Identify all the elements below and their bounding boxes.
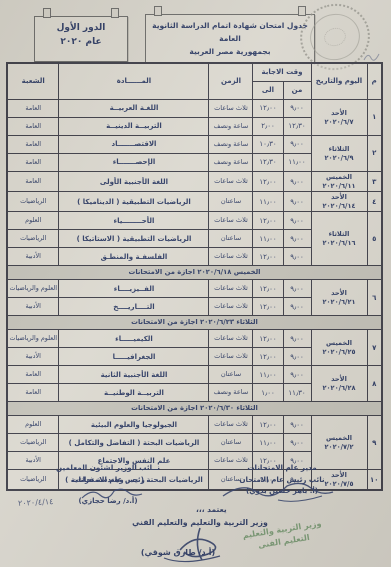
- branch: العامة: [7, 154, 59, 172]
- document-title-box: جدول امتحان شهادة اتمام الدراسة الثانوية…: [145, 14, 315, 63]
- subject: اللغـة العربيــة: [59, 100, 209, 118]
- holiday-text: الثلاثاء ٢٠٢٠/٦/٢٣ اجازة من الامتحانات: [7, 316, 382, 330]
- row-num: ٥: [367, 212, 382, 266]
- time-from: ١١٫٣٠: [283, 384, 311, 402]
- row-num: ٩: [367, 416, 382, 470]
- subject: اللغة الأجنبية الثانية: [59, 366, 209, 384]
- duration: ساعتان: [209, 366, 253, 384]
- branch: الأدبية: [7, 248, 59, 266]
- day-name: الأحد: [331, 109, 347, 117]
- time-to: ٢٫٠٠: [253, 118, 283, 136]
- time-to: ١١٫٠٠: [253, 366, 283, 384]
- time-to: ١١٫٠٠: [253, 192, 283, 212]
- col-header-answer-time: وقت الاجابة: [253, 63, 311, 82]
- branch: العلوم: [7, 212, 59, 230]
- duration: ثلاث ساعات: [209, 212, 253, 230]
- round-line2: عام ٢٠٢٠: [35, 35, 127, 49]
- table-row: ١ الأحد ٢٠٢٠/٦/٧ ٩٫٠٠ ١٢٫٠٠ ثلاث ساعات ا…: [7, 100, 382, 118]
- title-line: مدير عام الامتحانات: [222, 462, 342, 474]
- time-from: ٩٫٠٠: [283, 348, 311, 366]
- time-from: ٩٫٠٠: [283, 416, 311, 434]
- branch: العامة: [7, 172, 59, 192]
- day-date: ٢٠٢٠/٦/٩: [325, 154, 354, 162]
- day-name: الثلاثاء: [329, 145, 350, 153]
- row-num: ٣: [367, 172, 382, 192]
- branch: الرياضيات: [7, 230, 59, 248]
- row-day: الخميس ٢٠٢٠/٦/١١: [311, 172, 367, 192]
- page-subtitle: بجمهورية مصر العربية: [150, 46, 310, 59]
- table-row: ٩ الخميس ٢٠٢٠/٧/٢ ٩٫٠٠ ١٢٫٠٠ ثلاث ساعات …: [7, 416, 382, 434]
- table-row: ٤ الأحد ٢٠٢٠/٦/١٤ ٩٫٠٠ ١١٫٠٠ ساعتان الري…: [7, 192, 382, 212]
- minister-name: (أ.د/ طارق شوقي): [118, 548, 238, 557]
- time-from: ٩٫٠٠: [283, 434, 311, 452]
- time-to: ١٢٫٠٠: [253, 248, 283, 266]
- time-to: ١٢٫٠٠: [253, 172, 283, 192]
- subject: الفلسفـة والمنطـق: [59, 248, 209, 266]
- subject: الكيميـــــاء: [59, 330, 209, 348]
- duration: ساعة ونصف: [209, 136, 253, 154]
- duration: ساعة ونصف: [209, 118, 253, 136]
- round-line1: الدور الأول: [35, 21, 127, 35]
- col-header-to: الى: [253, 82, 283, 100]
- branch: العلوم والرياضيات: [7, 330, 59, 348]
- row-day: الأحد ٢٠٢٠/٦/٧: [311, 100, 367, 136]
- time-from: ٩٫٠٠: [283, 280, 311, 298]
- table-row: ٨ الأحد ٢٠٢٠/٦/٢٨ ٩٫٠٠ ١١٫٠٠ ساعتان اللغ…: [7, 366, 382, 384]
- table-row: ٣ الخميس ٢٠٢٠/٦/١١ ٩٫٠٠ ١٢٫٠٠ ثلاث ساعات…: [7, 172, 382, 192]
- row-num: ٦: [367, 280, 382, 316]
- time-from: ٩٫٠٠: [283, 192, 311, 212]
- time-from: ٩٫٠٠: [283, 212, 311, 230]
- col-header-num: م: [367, 63, 382, 100]
- duration: ثلاث ساعات: [209, 100, 253, 118]
- day-date: ٢٠٢٠/٧/٢: [325, 443, 354, 451]
- subject: التربيــة الوطنيــة: [59, 384, 209, 402]
- duration: ساعتان: [209, 192, 253, 212]
- duration: ثلاث ساعات: [209, 298, 253, 316]
- day-name: الأحد: [331, 193, 347, 201]
- day-name: الثلاثاء: [329, 230, 350, 238]
- row-day: الثلاثاء ٢٠٢٠/٦/٩: [311, 136, 367, 172]
- time-to: ١٢٫٠٠: [253, 280, 283, 298]
- time-from: ١١٫٠٠: [283, 154, 311, 172]
- day-date: ٢٠٢٠/٦/٢١: [323, 298, 356, 306]
- duration: ساعة ونصف: [209, 154, 253, 172]
- table-row: ٥ الثلاثاء ٢٠٢٠/٦/١٦ ٩٫٠٠ ١٢٫٠٠ ثلاث ساع…: [7, 212, 382, 230]
- time-to: ١٢٫٠٠: [253, 298, 283, 316]
- day-date: ٢٠٢٠/٦/١١: [323, 182, 356, 190]
- time-from: ٩٫٠٠: [283, 100, 311, 118]
- branch: العامة: [7, 384, 59, 402]
- time-to: ١٢٫٠٠: [253, 100, 283, 118]
- row-day: الثلاثاء ٢٠٢٠/٦/١٦: [311, 212, 367, 266]
- table-row: ٢ الثلاثاء ٢٠٢٠/٦/٩ ٩٫٠٠ ١٠٫٣٠ ساعة ونصف…: [7, 136, 382, 154]
- col-header-day: اليوم والتاريخ: [311, 63, 367, 100]
- holiday-row: الثلاثاء ٢٠٢٠/٦/٢٣ اجازة من الامتحانات: [7, 316, 382, 330]
- handwritten-date: ٢٠٢٠/٤/١٤: [18, 497, 54, 508]
- duration: ساعتان: [209, 434, 253, 452]
- time-from: ٩٫٠٠: [283, 330, 311, 348]
- title-line: نــائب الوزير لشئون المعلمين: [48, 462, 168, 474]
- holiday-row: الخميس ٢٠٢٠/٦/١٨ اجازة من الامتحانات: [7, 266, 382, 280]
- row-num: ١٠: [367, 470, 382, 491]
- branch: الأدبية: [7, 348, 59, 366]
- table-row: ٧ الخميس ٢٠٢٠/٦/٢٥ ٩٫٠٠ ١٢٫٠٠ ثلاث ساعات…: [7, 330, 382, 348]
- time-to: ١٢٫٠٠: [253, 330, 283, 348]
- branch: العامة: [7, 100, 59, 118]
- title-line: رئيس عام الامتحانات: [48, 474, 168, 486]
- subject: الاقتصـــــــاد: [59, 136, 209, 154]
- time-from: ٩٫٠٠: [283, 248, 311, 266]
- time-from: ١٢٫٣٠: [283, 118, 311, 136]
- day-date: ٢٠٢٠/٦/٢٨: [323, 384, 356, 392]
- row-num: ١: [367, 100, 382, 136]
- duration: ثلاث ساعات: [209, 416, 253, 434]
- subject: الإحصـــــــاء: [59, 154, 209, 172]
- subject: الرياضيات البحتة ( التفاضل والتكامل ): [59, 434, 209, 452]
- branch: العلوم والرياضيات: [7, 280, 59, 298]
- exam-schedule-table-wrap: م اليوم والتاريخ وقت الاجابة الزمن المــ…: [6, 62, 383, 491]
- duration: ثلاث ساعات: [209, 330, 253, 348]
- signature-icon: [78, 486, 148, 502]
- day-date: ٢٠٢٠/٦/١٦: [323, 239, 356, 247]
- branch: العلوم: [7, 416, 59, 434]
- holiday-row: الثلاثاء ٢٠٢٠/٦/٣٠ اجازة من الامتحانات: [7, 402, 382, 416]
- day-date: ٢٠٢٠/٦/٢٥: [323, 348, 356, 356]
- time-to: ١٫٠٠: [253, 384, 283, 402]
- subject: الجيولوجيا والعلوم البيئية: [59, 416, 209, 434]
- duration: ثلاث ساعات: [209, 348, 253, 366]
- day-date: ٢٠٢٠/٦/١٤: [323, 202, 356, 210]
- duration: ثلاث ساعات: [209, 172, 253, 192]
- day-name: الأحد: [331, 375, 347, 383]
- row-day: الأحد ٢٠٢٠/٦/١٤: [311, 192, 367, 212]
- time-from: ٩٫٠٠: [283, 366, 311, 384]
- duration: ثلاث ساعات: [209, 248, 253, 266]
- col-header-branch: الشعبة: [7, 63, 59, 100]
- branch: الرياضيات: [7, 192, 59, 212]
- subject: الجغرافيـــــا: [59, 348, 209, 366]
- branch: الرياضيات: [7, 434, 59, 452]
- day-name: الخميس: [326, 434, 352, 442]
- approval-text: يعتمد ،،،: [196, 505, 227, 514]
- duration: ثلاث ساعات: [209, 280, 253, 298]
- holiday-text: الخميس ٢٠٢٠/٦/١٨ اجازة من الامتحانات: [7, 266, 382, 280]
- col-header-subject: المــــــادة: [59, 63, 209, 100]
- row-day: الأحد ٢٠٢٠/٦/٢١: [311, 280, 367, 316]
- exam-schedule-table: م اليوم والتاريخ وقت الاجابة الزمن المــ…: [6, 62, 383, 491]
- time-to: ١٢٫٣٠: [253, 154, 283, 172]
- page-title: جدول امتحان شهادة اتمام الدراسة الثانوية…: [150, 20, 310, 46]
- day-name: الخميس: [326, 173, 352, 181]
- time-from: ٩٫٠٠: [283, 230, 311, 248]
- subject: الفــيزيــــاء: [59, 280, 209, 298]
- time-to: ١١٫٠٠: [253, 230, 283, 248]
- subject: الرياضيات التطبيقية ( الاستاتيكا ): [59, 230, 209, 248]
- branch: الأدبية: [7, 298, 59, 316]
- col-header-duration: الزمن: [209, 63, 253, 100]
- signature-icon: [218, 478, 338, 504]
- subject: التــــاريــــخ: [59, 298, 209, 316]
- time-to: ١٢٫٠٠: [253, 212, 283, 230]
- time-to: ١٢٫٠٠: [253, 348, 283, 366]
- time-to: ١٢٫٠٠: [253, 416, 283, 434]
- subject: الرياضيات التطبيقية ( الديناميكا ): [59, 192, 209, 212]
- scanned-exam-schedule-page: { "header": { "round_box": { "line1": "ا…: [0, 0, 391, 567]
- table-row: ٦ الأحد ٢٠٢٠/٦/٢١ ٩٫٠٠ ١٢٫٠٠ ثلاث ساعات …: [7, 280, 382, 298]
- branch: العامة: [7, 118, 59, 136]
- subject: اللغة الأجنبية الأولى: [59, 172, 209, 192]
- row-day: الخميس ٢٠٢٠/٦/٢٥: [311, 330, 367, 366]
- holiday-text: الثلاثاء ٢٠٢٠/٦/٣٠ اجازة من الامتحانات: [7, 402, 382, 416]
- time-from: ٩٫٠٠: [283, 136, 311, 154]
- row-num: ٤: [367, 192, 382, 212]
- subject: الأحــــــــياء: [59, 212, 209, 230]
- day-name: الخميس: [326, 339, 352, 347]
- day-name: الأحد: [331, 289, 347, 297]
- row-num: ٧: [367, 330, 382, 366]
- row-day: الأحد ٢٠٢٠/٦/٢٨: [311, 366, 367, 402]
- duration: ساعتان: [209, 230, 253, 248]
- time-from: ٩٫٠٠: [283, 298, 311, 316]
- duration: ساعة ونصف: [209, 384, 253, 402]
- time-to: ١٠٫٣٠: [253, 136, 283, 154]
- time-to: ١١٫٠٠: [253, 434, 283, 452]
- row-num: ٢: [367, 136, 382, 172]
- exam-round-box: الدور الأول عام ٢٠٢٠: [34, 16, 128, 62]
- time-from: ٩٫٠٠: [283, 172, 311, 192]
- col-header-from: من: [283, 82, 311, 100]
- row-num: ٨: [367, 366, 382, 402]
- branch: العامة: [7, 366, 59, 384]
- branch: العامة: [7, 136, 59, 154]
- day-date: ٢٠٢٠/٦/٧: [325, 118, 354, 126]
- subject: التربيــة الدينيــة: [59, 118, 209, 136]
